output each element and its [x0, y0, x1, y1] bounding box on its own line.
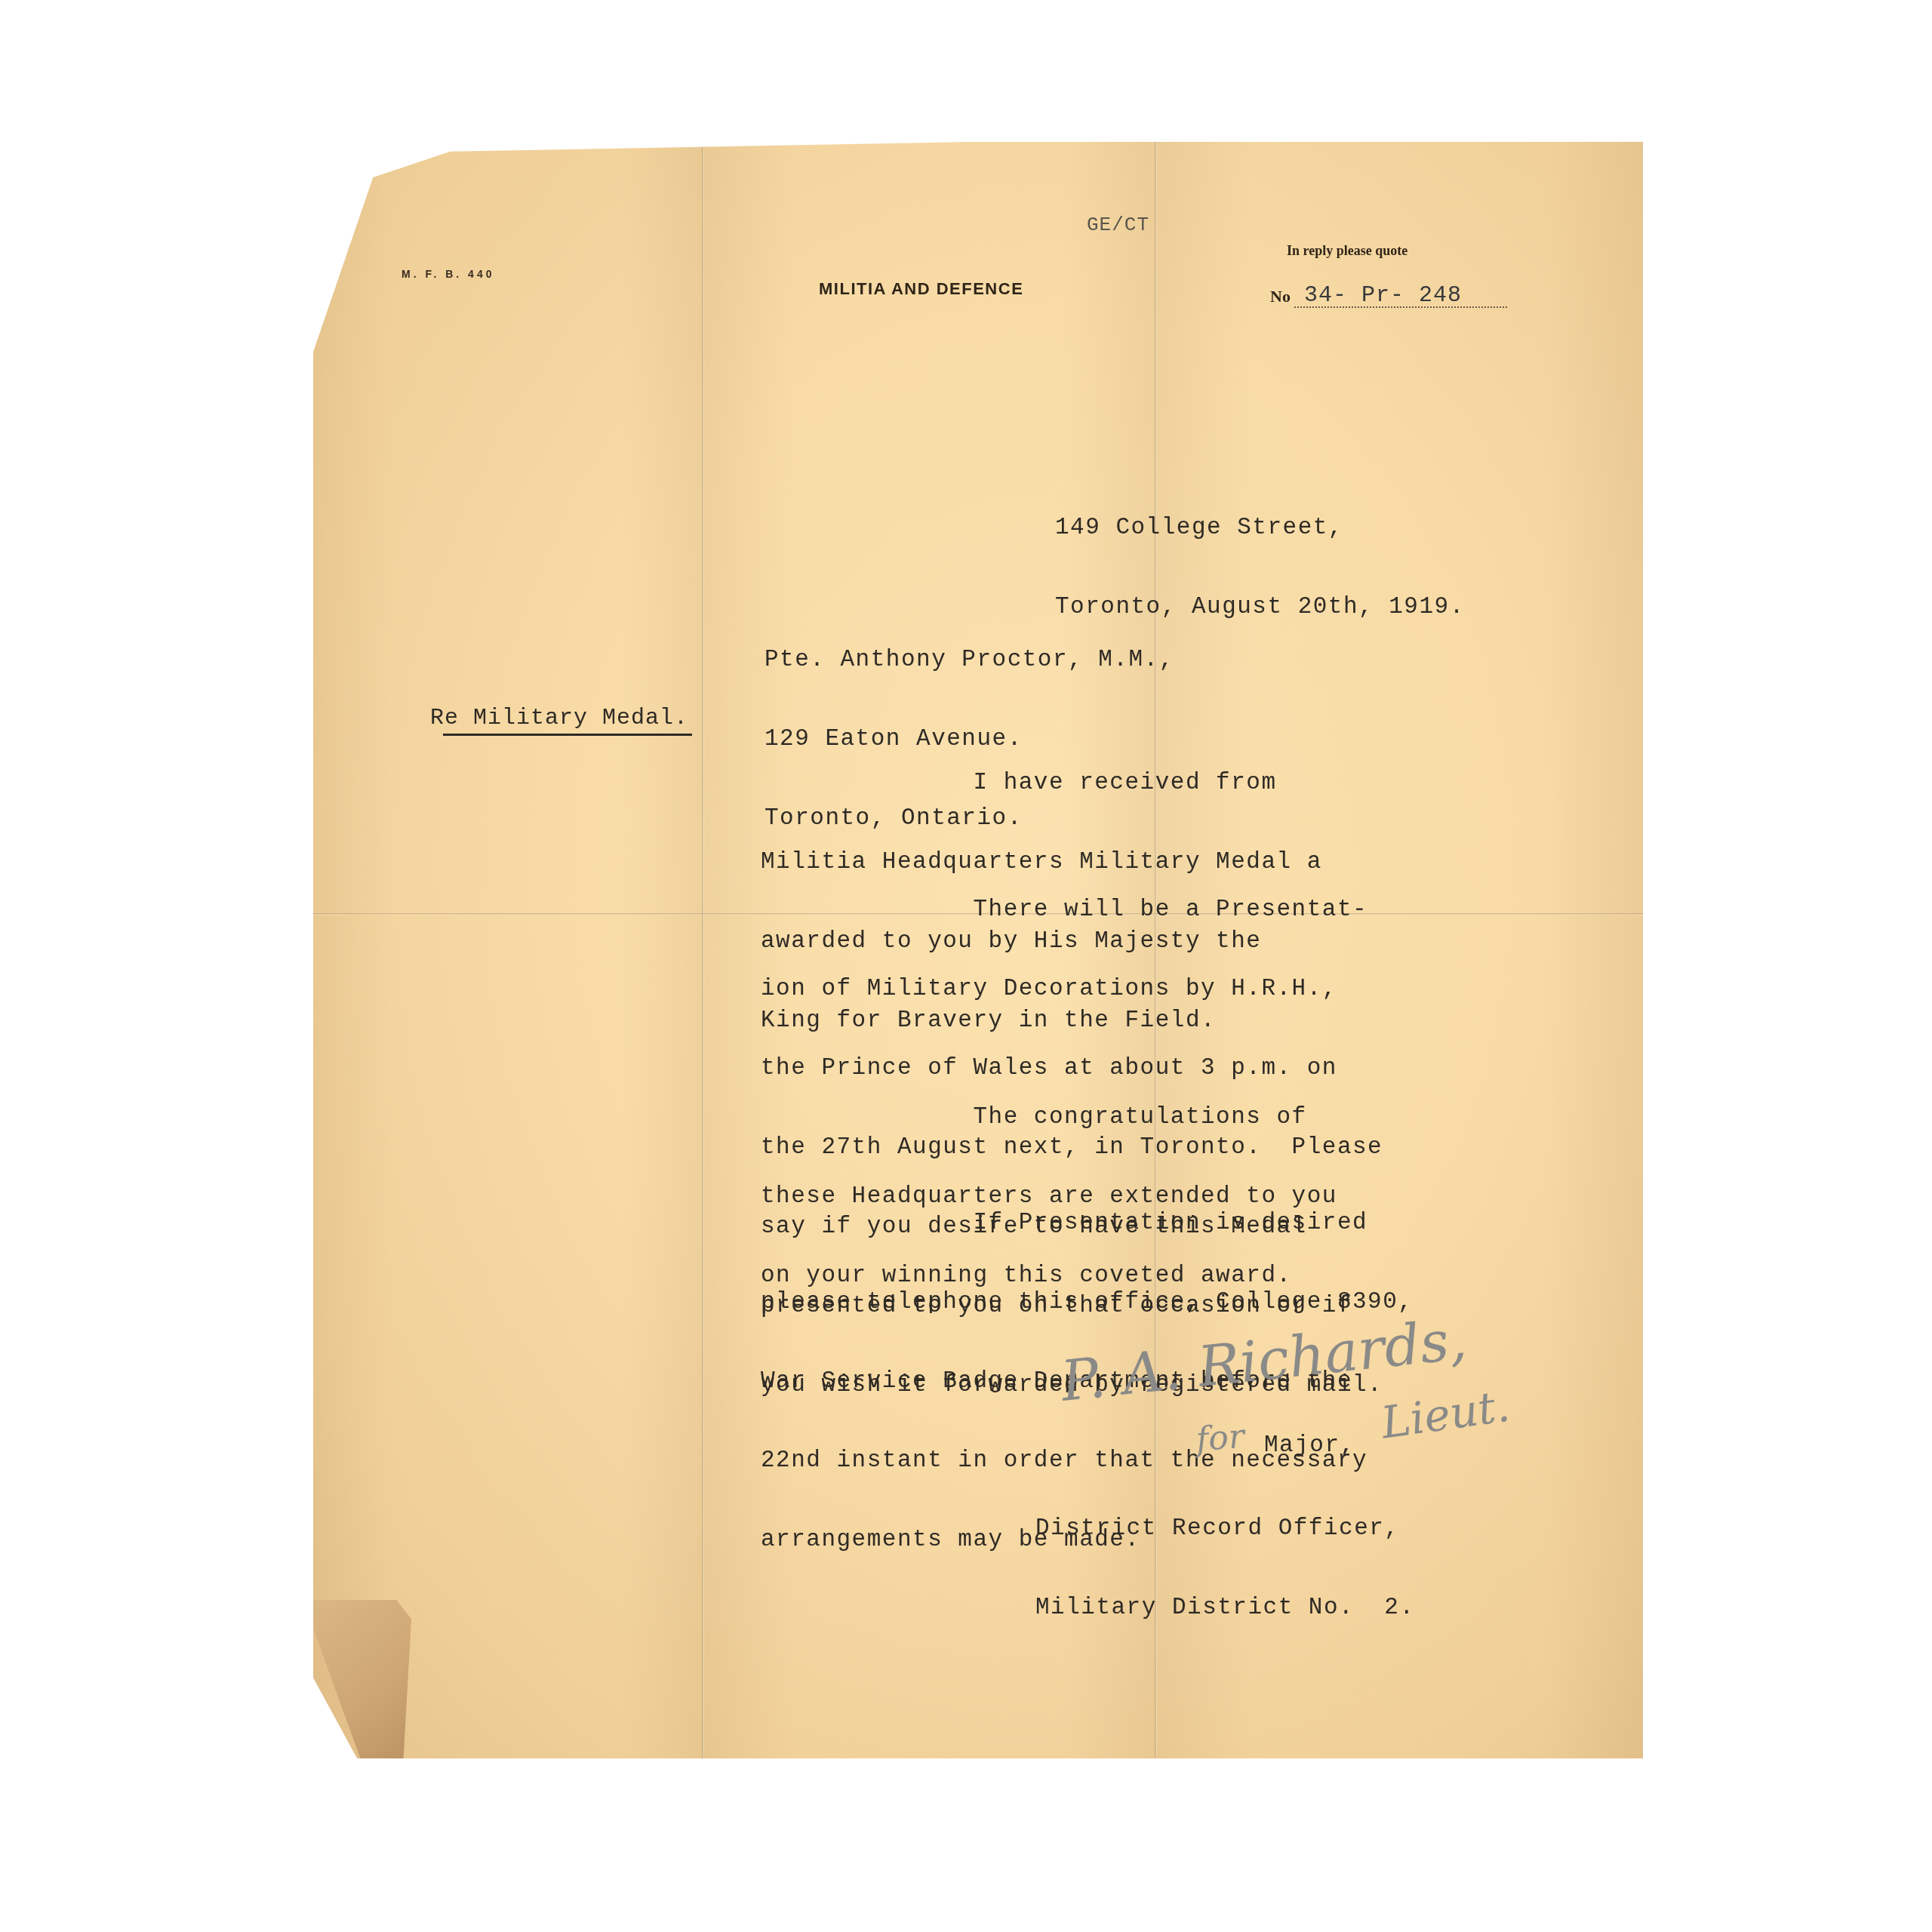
paper-panel-left [313, 142, 702, 1758]
signature-office: District Record Officer, [1035, 1515, 1415, 1542]
body-line: ion of Military Decorations by H.R.H., [761, 976, 1383, 1002]
body-line: There will be a Presentat- [761, 897, 1383, 923]
signature-block: District Record Officer, Military Distri… [1035, 1463, 1415, 1647]
reply-number-value: 34- Pr- 248 [1304, 283, 1462, 309]
reply-no-label: No [1270, 287, 1291, 306]
reference-initials: GE/CT [1087, 214, 1149, 236]
signature-district: Military District No. 2. [1035, 1595, 1415, 1621]
sender-address-line: 149 College Street, [1055, 515, 1465, 541]
recipient-name: Pte. Anthony Proctor, M.M., [764, 647, 1174, 673]
fold-crease-vertical-left [702, 142, 704, 1758]
body-line: I have received from [761, 770, 1322, 796]
department-heading: MILITIA AND DEFENCE [819, 279, 1023, 299]
signature-title-major: Major, [1264, 1432, 1355, 1459]
body-line: please telephone this office, College 83… [761, 1289, 1413, 1315]
handwritten-for: for [1195, 1417, 1245, 1459]
reply-label: In reply please quote [1287, 243, 1407, 259]
body-line: The congratulations of [761, 1104, 1337, 1131]
subject-line: Re Military Medal. [430, 706, 688, 731]
form-number: M. F. B. 440 [401, 268, 494, 280]
body-line: If Presentation is desired [761, 1210, 1413, 1236]
subject-underline [443, 734, 692, 736]
